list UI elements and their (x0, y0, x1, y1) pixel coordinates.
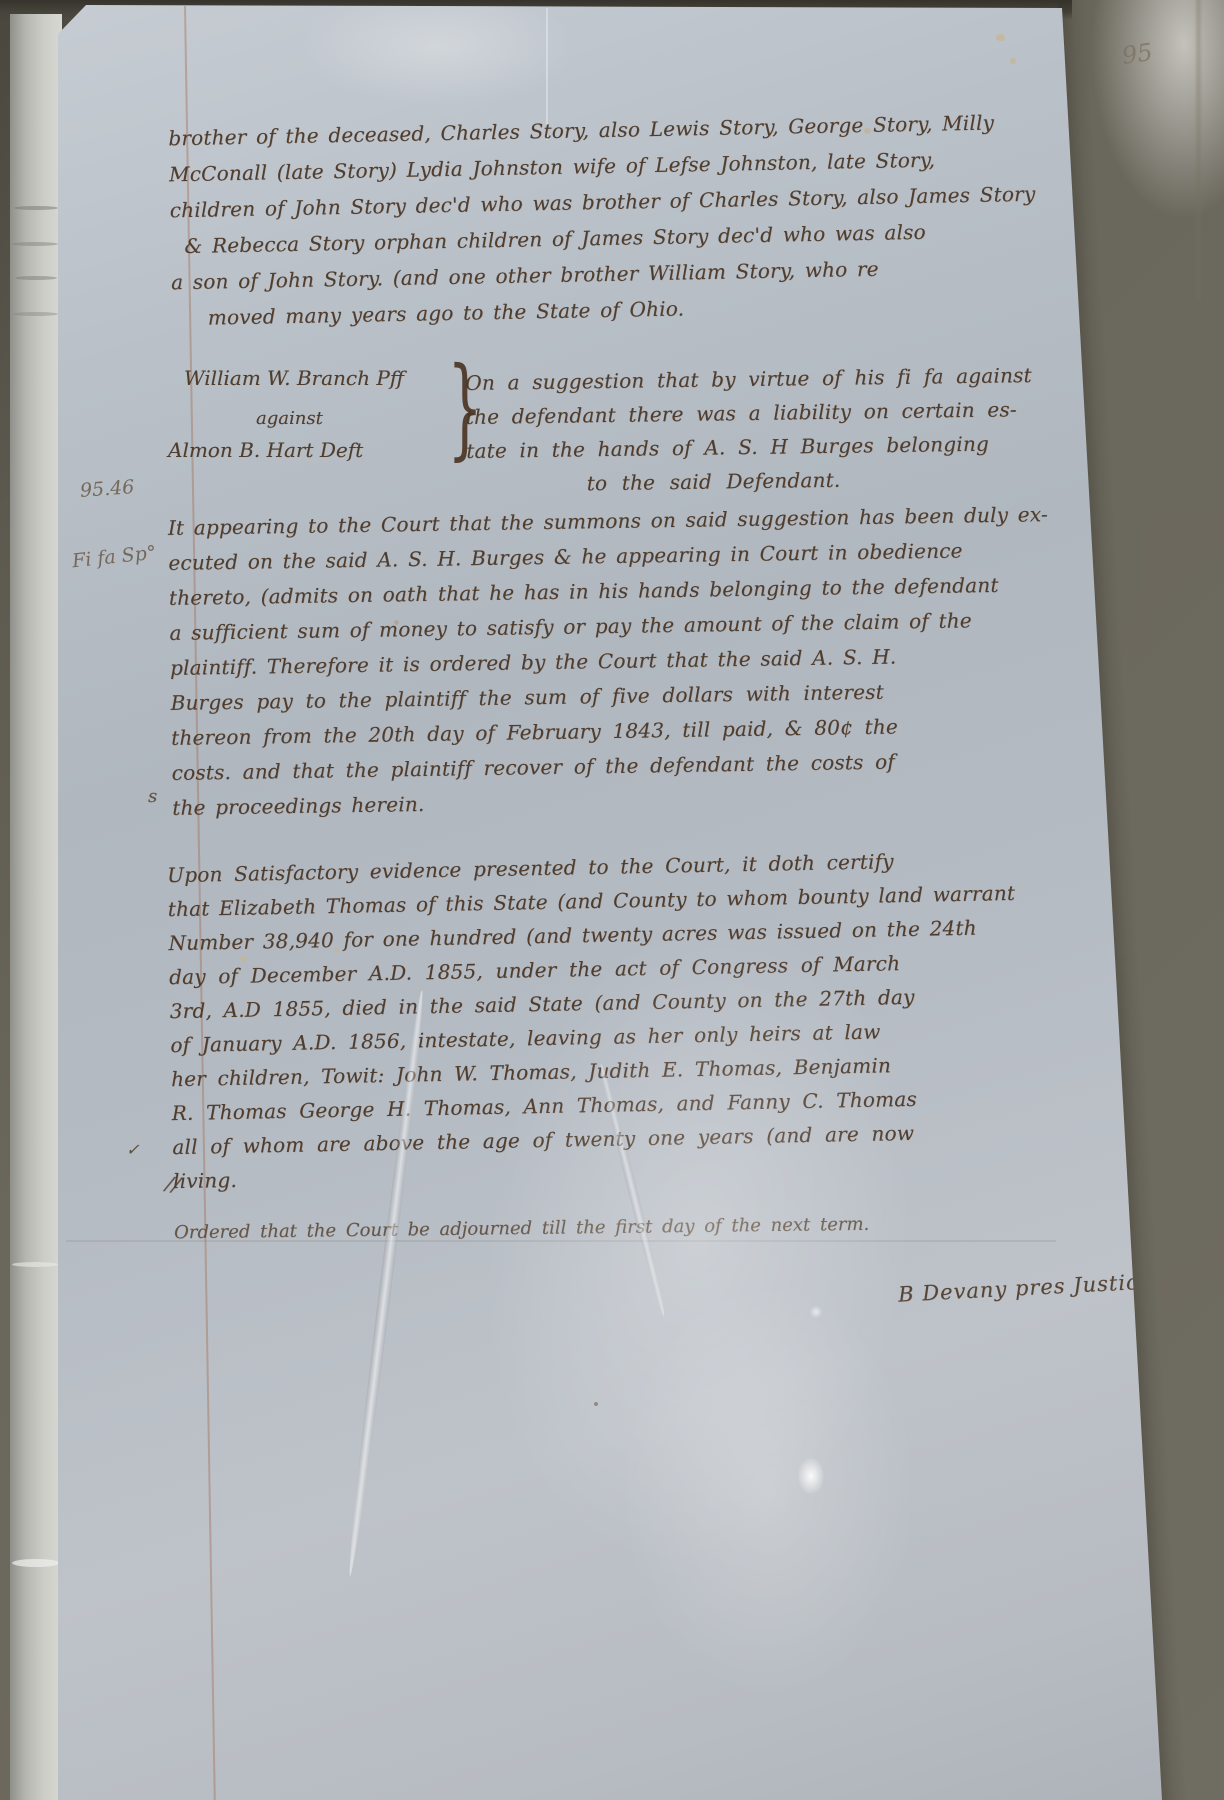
foxing-spot (1010, 58, 1016, 64)
photograph-of-court-minute-book: brother of the deceased, Charles Story, … (0, 0, 1224, 1800)
page-edge-streak (15, 276, 57, 280)
suggestion-text: On a suggestion that by virtue of his fi… (465, 358, 1033, 502)
margin-note-fifa-writ: Fi fa Sp° (71, 542, 157, 573)
order-burges-paragraph: It appearing to the Court that the summo… (168, 497, 1053, 826)
entry-story-paragraph: brother of the deceased, Charles Story, … (168, 104, 1038, 337)
paper-flaw-white (810, 1306, 822, 1318)
plastic-sheen (298, 0, 578, 106)
page-edge-streak (12, 1559, 60, 1567)
certificate-thomas-paragraph: Upon Satisfactory evidence presented to … (167, 842, 1021, 1198)
ink-speck (594, 1402, 598, 1406)
justice-signature: B Devany pres Justice (898, 1269, 1153, 1306)
backing-board-glare (1090, 0, 1224, 220)
case-caption-versus: against (256, 408, 323, 429)
margin-tick-mark: s (148, 786, 157, 807)
page-edge-streak (13, 312, 58, 316)
backing-board-crease (1194, 0, 1203, 300)
page-stack-edges (10, 14, 62, 1800)
handwritten-line: to the said Defendant. (586, 460, 1033, 500)
page-edge-streak (12, 242, 58, 246)
margin-note-case-number: 95.46 (79, 476, 135, 502)
document-page: brother of the deceased, Charles Story, … (58, 0, 1168, 1800)
paper-flaw-white (798, 1458, 824, 1494)
page-edge-streak (12, 1262, 58, 1267)
page-edge-streak (14, 206, 58, 210)
page-number: 95 (1120, 38, 1154, 70)
margin-check-mark: ✓ (126, 1140, 139, 1159)
foxing-spot (996, 34, 1005, 41)
plastic-sheen (618, 1280, 918, 1700)
adjournment-order: Ordered that the Court be adjourned till… (174, 1214, 869, 1243)
case-caption-defendant: Almon B. Hart Deft (168, 438, 363, 462)
case-caption-plaintiff: William W. Branch Pff (184, 366, 404, 390)
